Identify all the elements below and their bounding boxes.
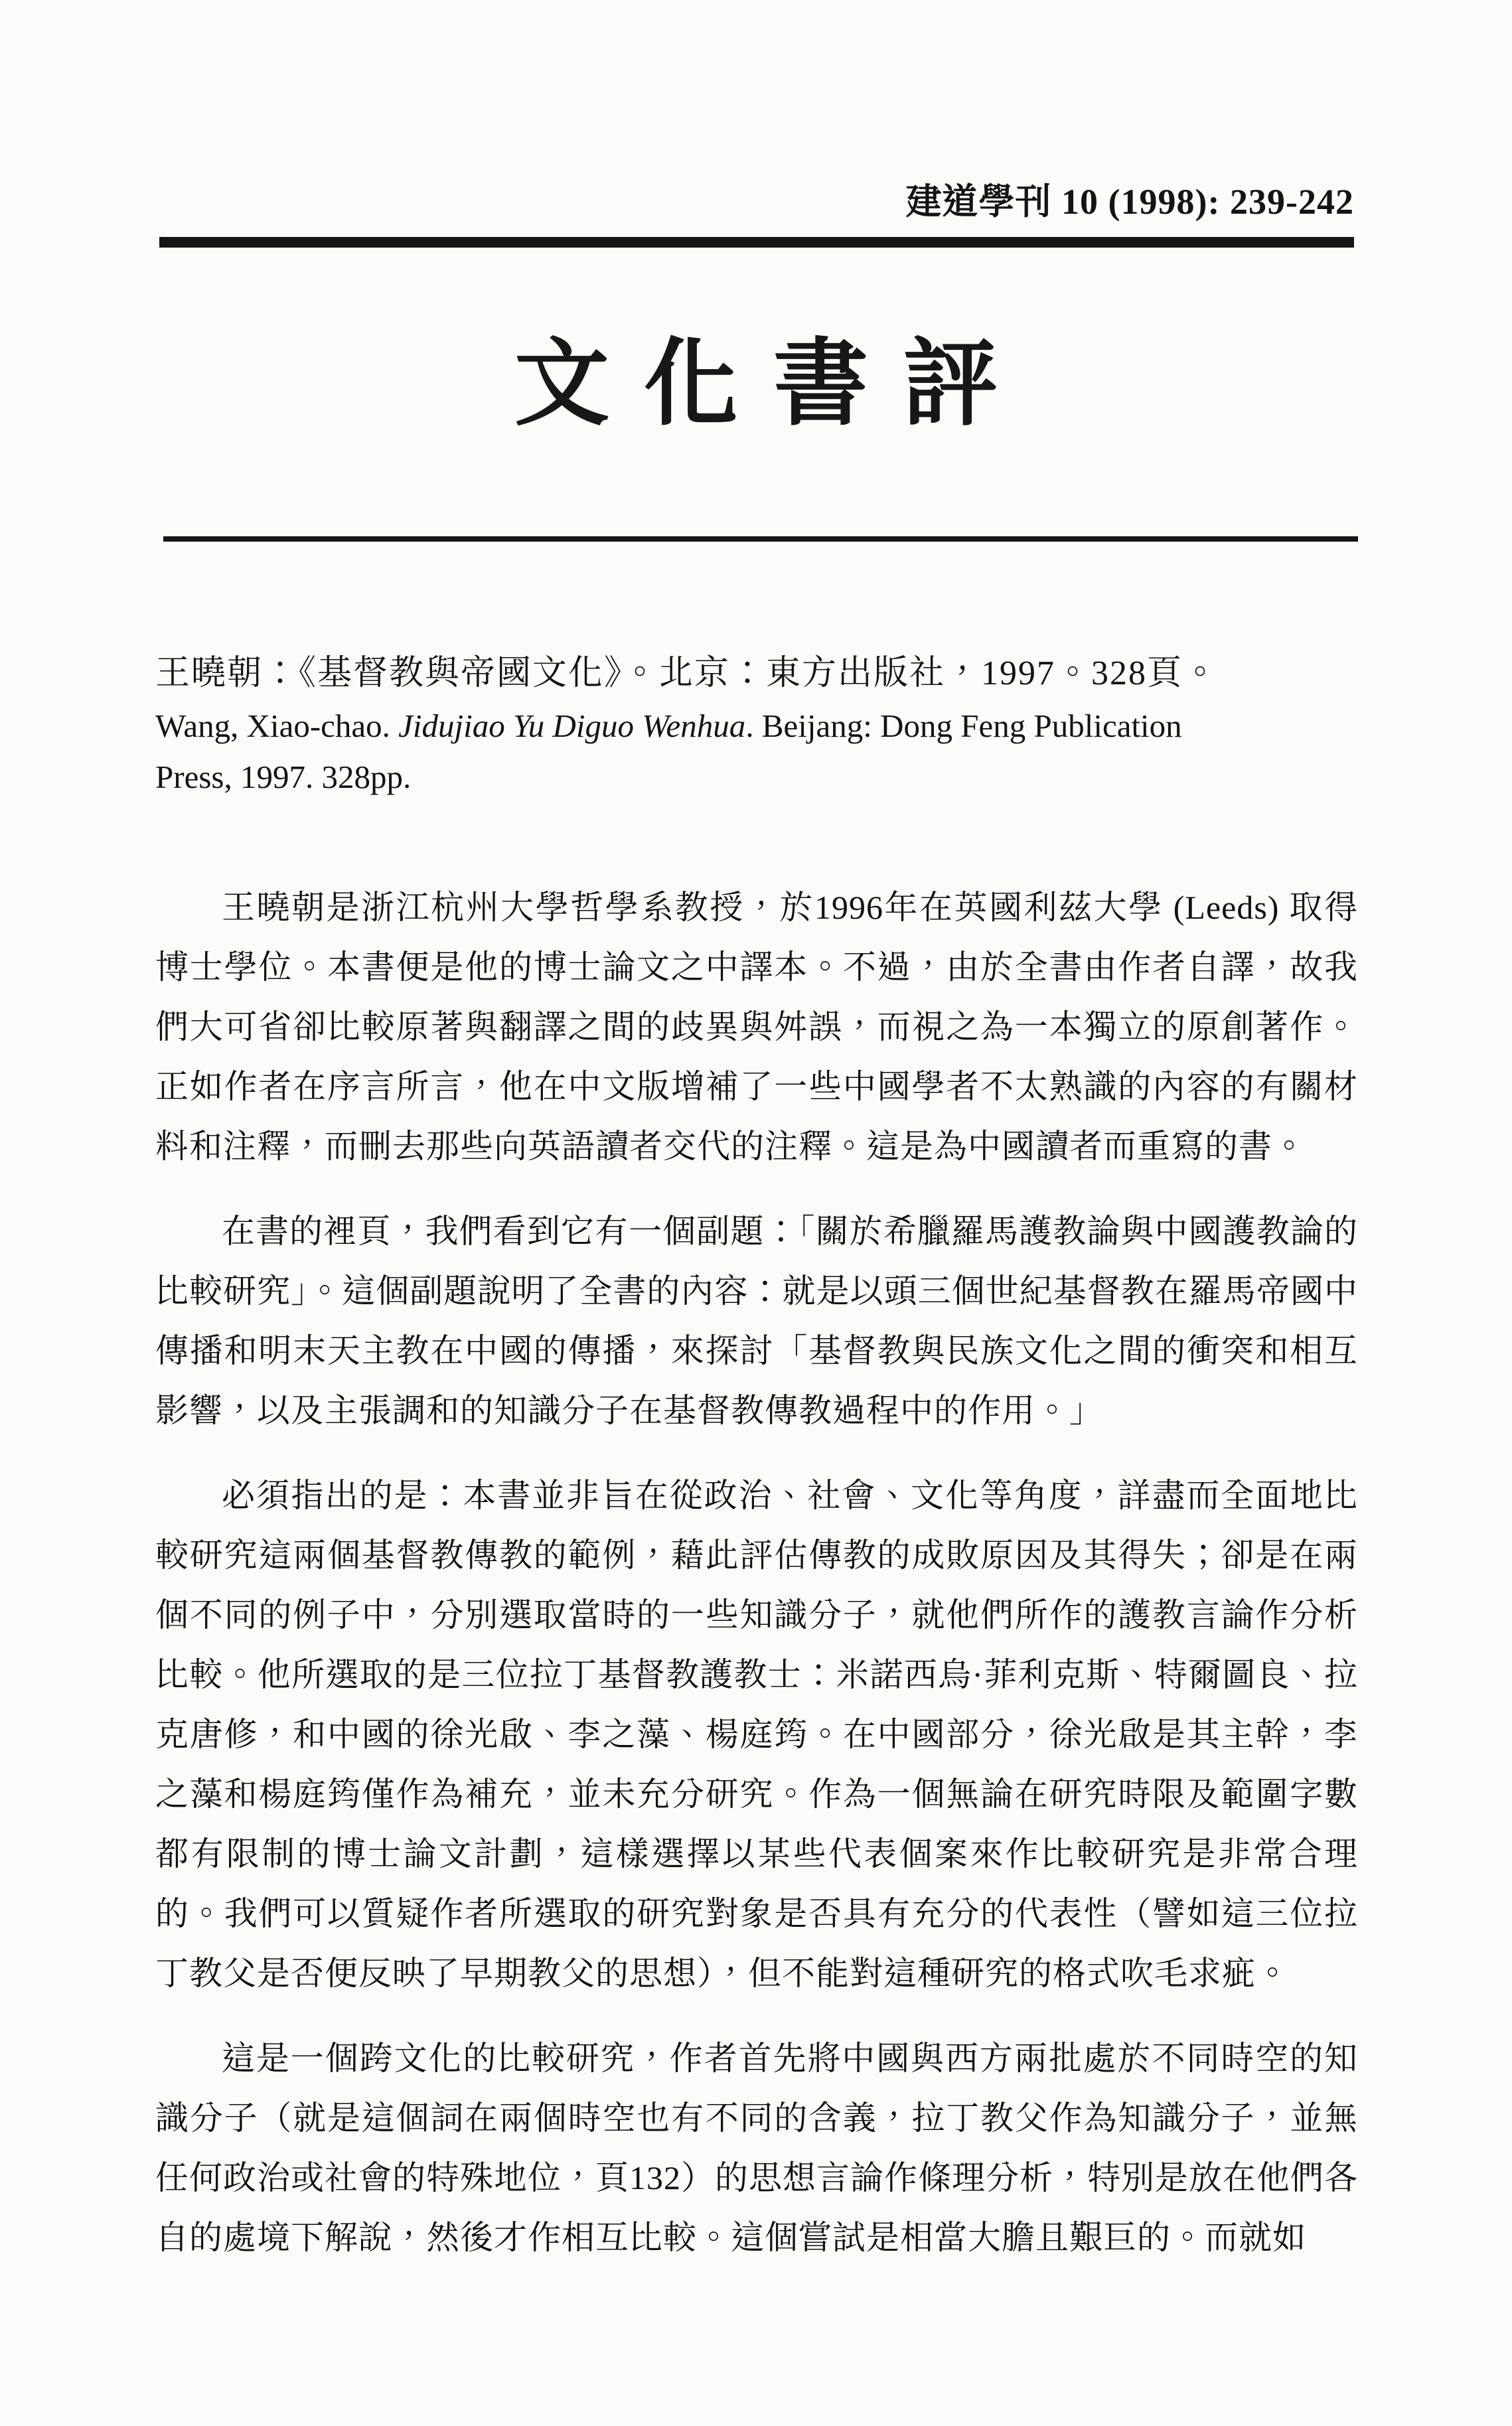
scanned-journal-page: 建道學刊 10 (1998): 239-242 文化書評 王曉朝：《基督教與帝國… bbox=[0, 0, 1512, 2426]
body-paragraph-1: 王曉朝是浙江杭州大學哲學系教授，於1996年在英國利茲大學 (Leeds) 取得… bbox=[155, 877, 1358, 1176]
body-paragraph-4: 這是一個跨文化的比較研究，作者首先將中國與西方兩批處於不同時空的知識分子（就是這… bbox=[155, 2028, 1358, 2267]
citation-english-line2: Press, 1997. 328pp. bbox=[155, 751, 1330, 802]
citation-english-line1: Wang, Xiao-chao. Jidujiao Yu Diguo Wenhu… bbox=[155, 700, 1330, 751]
review-body: 王曉朝是浙江杭州大學哲學系教授，於1996年在英國利茲大學 (Leeds) 取得… bbox=[155, 877, 1358, 2267]
citation-chinese: 王曉朝：《基督教與帝國文化》。北京：東方出版社，1997。328頁。 bbox=[155, 647, 1330, 700]
body-paragraph-3: 必須指出的是：本書並非旨在從政治、社會、文化等角度，詳盡而全面地比較研究這兩個基… bbox=[155, 1466, 1358, 2003]
citation-book-title-italic: Jidujiao Yu Diguo Wenhua bbox=[398, 708, 745, 744]
header-rule bbox=[159, 237, 1354, 248]
citation-publisher: . Beijang: Dong Feng Publication bbox=[745, 708, 1181, 744]
body-paragraph-2: 在書的裡頁，我們看到它有一個副題：「關於希臘羅馬護教論與中國護教論的比較研究」。… bbox=[155, 1201, 1358, 1440]
journal-header: 建道學刊 10 (1998): 239-242 bbox=[906, 181, 1354, 223]
citation-author: Wang, Xiao-chao. bbox=[155, 708, 398, 744]
title-divider-rule bbox=[163, 536, 1358, 542]
book-citation: 王曉朝：《基督教與帝國文化》。北京：東方出版社，1997。328頁。 Wang,… bbox=[155, 647, 1330, 802]
page-title: 文化書評 bbox=[0, 331, 1512, 437]
